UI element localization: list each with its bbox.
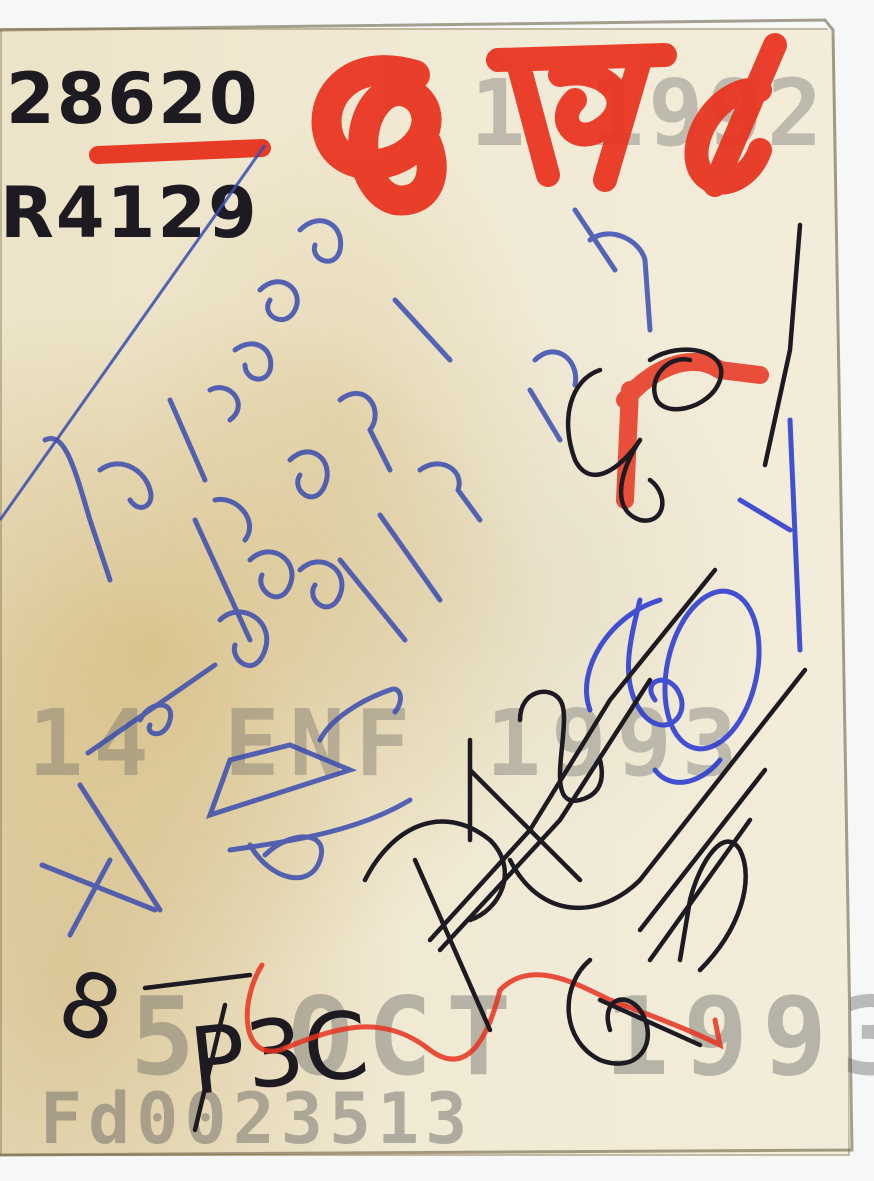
- red-scribble: [625, 362, 760, 500]
- blue-diagonal-line: [0, 145, 265, 520]
- scanned-page: 1 1992 14 ENF 1993 5 OCT 1993 Fd0023513 …: [0, 0, 874, 1181]
- blue-bottom-marks: [42, 665, 410, 935]
- red-underline: [98, 148, 262, 155]
- red-top-letters: [327, 45, 775, 200]
- black-bottom-code-strokes: [145, 975, 250, 1130]
- ink-strokes: [0, 0, 874, 1181]
- blue-script: [45, 210, 650, 666]
